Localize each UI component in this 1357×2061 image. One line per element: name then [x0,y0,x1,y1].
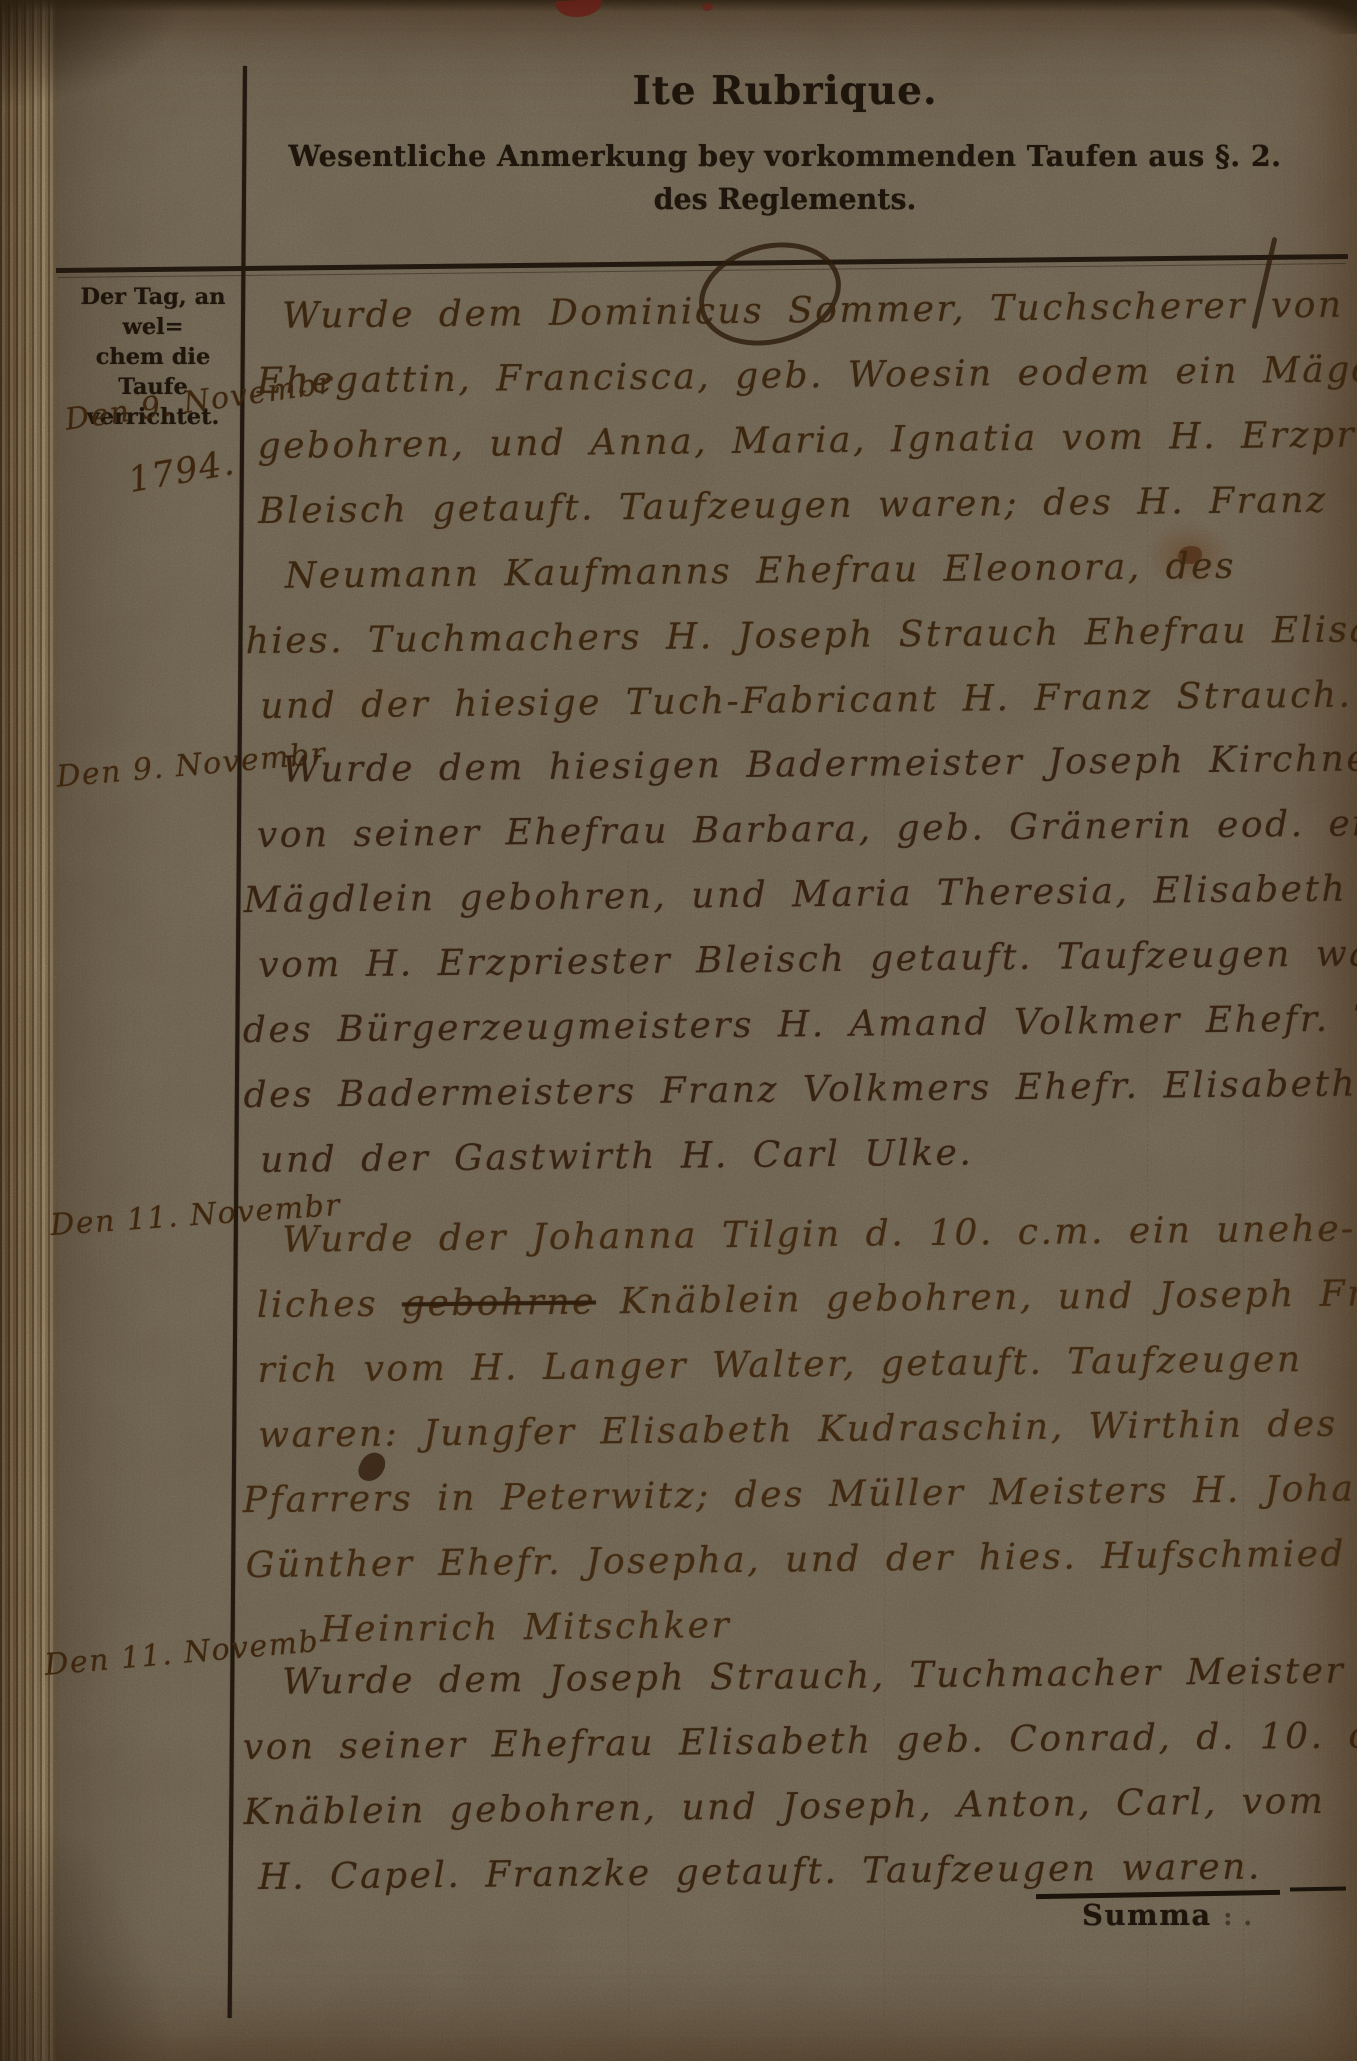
record-line: hies. Tuchmachers H. Joseph Strauch Ehef… [245,610,1354,687]
baptism-record-3: Wurde der Johanna Tilgin d. 10. c.m. ein… [256,1209,1355,1675]
record-line: Knäblein gebohren, und Joseph, Anton, Ca… [243,1781,1352,1858]
record-line: Bleisch getauft. Taufzeugen waren; des H… [258,480,1353,556]
record-line: vom H. Erzpriester Bleisch getauft. Tauf… [258,934,1353,1010]
page-corner-shadow-top-left [0,0,190,110]
record-line: Neumann Kaufmanns Ehefrau Eleonora, des [259,545,1354,621]
page-header: Ite Rubrique. Wesentliche Anmerkung bey … [255,68,1315,216]
record-line: Ehegattin, Francisca, geb. Woesin eodem … [257,350,1352,426]
page-top-edge-shadow [0,0,1357,12]
record-line: Wurde dem hiesigen Badermeister Joseph K… [256,739,1351,815]
record-line: waren: Jungfer Elisabeth Kudraschin, Wir… [258,1404,1353,1480]
record-line: Wurde dem Joseph Strauch, Tuchmacher Mei… [256,1651,1351,1727]
date-column-header-line: Der Tag, an wel= [58,282,248,342]
red-ink-dot [702,3,713,11]
rubric-title: Ite Rubrique. [255,68,1315,114]
record-line: Günther Ehefr. Josepha, und der hies. Hu… [245,1534,1354,1611]
rubric-note-line1: Wesentliche Anmerkung bey vorkommenden T… [255,139,1315,173]
record-line: Wurde der Johanna Tilgin d. 10. c.m. ein… [256,1209,1351,1285]
page-corner-shadow-bottom-left [0,1801,170,2061]
record-line: von seiner Ehefrau Elisabeth geb. Conrad… [243,1716,1352,1793]
baptism-record-2: Wurde dem hiesigen Badermeister Joseph K… [256,739,1355,1205]
record-line: Pfarrers in Peterwitz; des Müller Meiste… [243,1469,1354,1546]
page-corner-shadow-top-right [1267,0,1357,34]
rubric-note-line2: des Reglements. [255,182,1315,216]
record-line: gebohren, und Anna, Maria, Ignatia vom H… [257,415,1352,491]
red-ink-mark [556,0,603,18]
book-binding-edge [0,0,56,2061]
struck-word: gebohrne [402,1281,596,1324]
header-rule [56,254,1348,273]
record-line: des Bürgerzeugmeisters H. Amand Volkmer … [243,999,1354,1076]
baptism-record-4: Wurde dem Joseph Strauch, Tuchmacher Mei… [256,1651,1353,1922]
record-line: von seiner Ehefrau Barbara, geb. Gräneri… [257,804,1352,880]
summa-suffix: : . [1223,1902,1253,1931]
summa-label: Summa : . [1082,1898,1253,1932]
record-line: rich vom H. Langer Walter, getauft. Tauf… [257,1339,1352,1415]
summa-text: Summa [1082,1898,1212,1932]
record-line: Wurde dem Dominicus Sommer, Tuchscherer … [256,285,1351,361]
record-line: Mägdlein gebohren, und Maria Theresia, E… [243,869,1352,946]
register-page: Ite Rubrique. Wesentliche Anmerkung bey … [0,0,1357,2061]
baptism-record-1: Wurde dem Dominicus Sommer, Tuchscherer … [256,285,1355,751]
record-line-text: liches [257,1283,403,1326]
record-line: und der Gastwirth H. Carl Ulke. [260,1129,1355,1205]
record-line-with-strikethrough: liches gebohrne Knäblein gebohren, und J… [257,1274,1352,1350]
record-year: 1794. [125,443,238,501]
record-line: des Badermeisters Franz Volkmers Ehefr. … [243,1064,1354,1141]
